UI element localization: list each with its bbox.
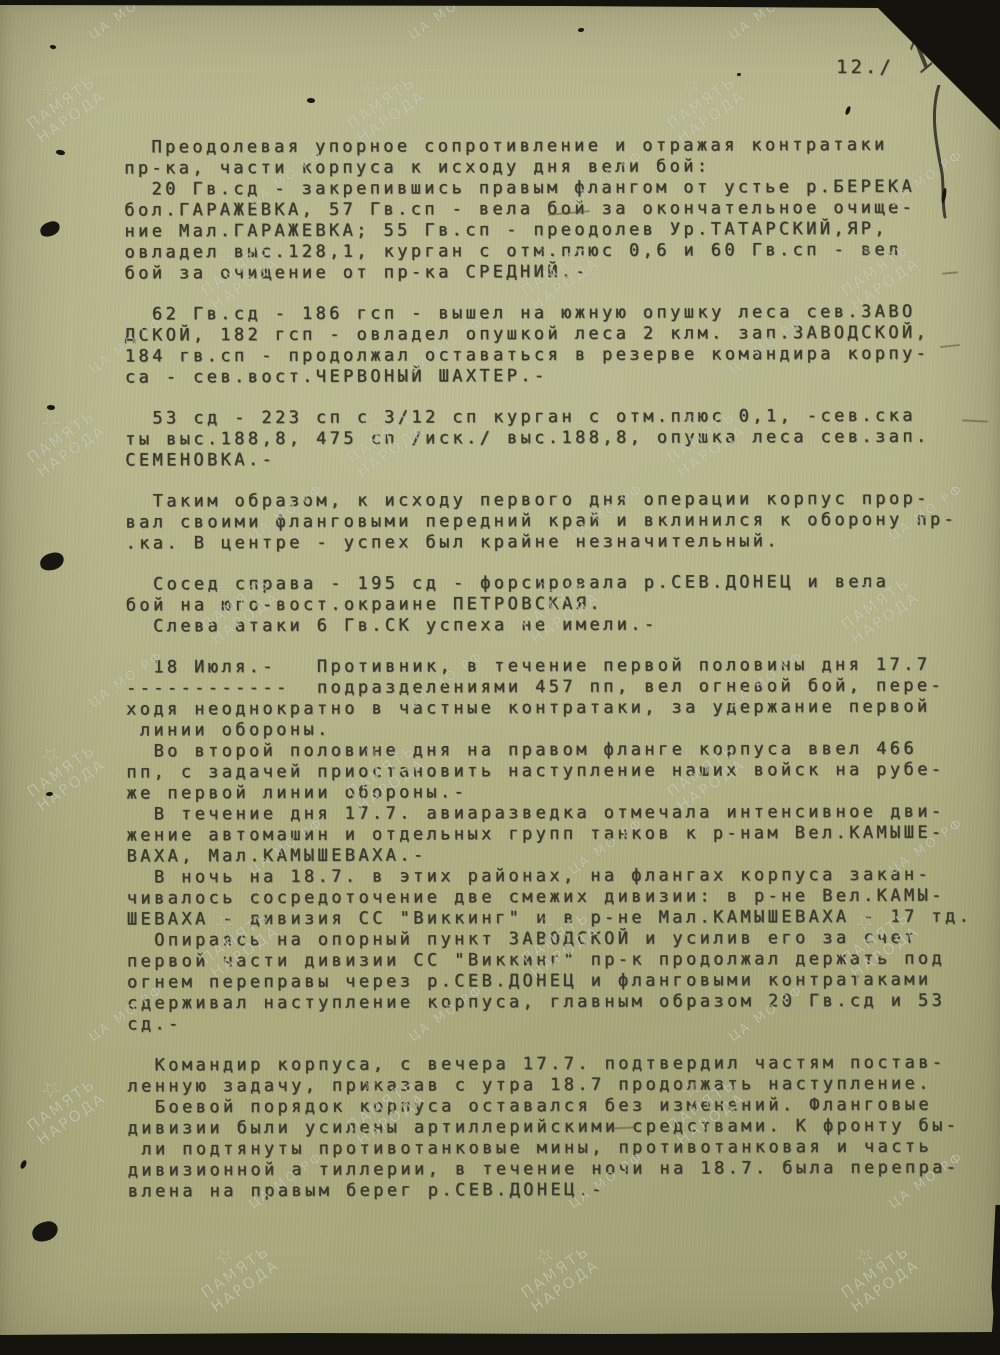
document-line: 184 гв.сп - продолжал оставаться в резер… [125,344,985,368]
paragraph: 62 Гв.сд - 186 гсп - вышел на южную опуш… [125,302,985,389]
paragraph: Сосед справа - 195 сд - форсировала р.СЕ… [126,571,986,637]
document-line: же первой линии обороны.- [126,780,986,804]
document-line: пр-ка, части корпуса к исходу дня вели б… [124,156,984,180]
document-line: сд.- [127,1011,987,1035]
document-line: В течение дня 17.7. авиаразведка отмечал… [126,801,986,825]
document-line: огнем переправы через р.СЕВ.ДОНЕЦ и флан… [127,969,987,993]
document-line: Сосед справа - 195 сд - форсировала р.СЕ… [126,571,986,595]
document-line: В ночь на 18.7. в этих районах, на фланг… [127,864,987,888]
document-line: влена на правым берег р.СЕВ.ДОНЕЦ.- [128,1178,988,1202]
document-line: .ка. В центре - успех был крайне незначи… [126,530,986,554]
paragraph: Командир корпуса, с вечера 17.7. подтвер… [127,1052,988,1202]
document-line: са - сев.вост.ЧЕРВОНЫЙ ШАХТЕР.- [125,365,985,389]
typed-page-number: 12./ [836,56,894,78]
document-line: ты выс.188,8, 475 сп /иск./ выс.188,8, о… [125,427,985,451]
document-line: 62 Гв.сд - 186 гсп - вышел на южную опуш… [125,302,985,326]
document-line: сдерживал наступление корпуса, главным о… [127,990,987,1014]
document-line: 53 сд - 223 сп с 3/12 сп курган с отм.пл… [125,406,985,430]
document-line: Боевой порядок корпуса оставался без изм… [127,1094,987,1118]
document-line: овладел выс.128,1, курган с отм.плюс 0,6… [125,240,985,264]
document-line: ли подтянуты противотанковые мины, проти… [128,1136,988,1160]
document-line: Таким образом, к исходу первого дня опер… [125,489,985,513]
document-line: Командир корпуса, с вечера 17.7. подтвер… [127,1052,987,1076]
document-line: первой части дивизии СС "Виккинг" пр-к п… [127,948,987,972]
document-line: жение автомашин и отдельных групп танков… [127,822,987,846]
document-line: ходя неоднократно в частные контратаки, … [126,696,986,720]
document-line: ДСКОЙ, 182 гсп - овладел опушкой леса 2 … [125,323,985,347]
paragraph: Преодолевая упорное сопротивление и отра… [124,135,985,285]
document-line: 18 Июля.- Противник, в течение первой по… [126,654,986,678]
document-line: бой на юго-вост.окраине ПЕТРОВСКАЯ. [126,592,986,616]
document-line: пп, с задачей приостановить наступление … [126,759,986,783]
document-line: Во второй половине дня на правом фланге … [126,738,986,762]
document-line: СЕМЕНОВКА.- [125,448,985,472]
paragraph: 53 сд - 223 сп с 3/12 сп курган с отм.пл… [125,406,985,472]
document-line: линии обороны. [126,717,986,741]
document-line: ------------ подразделениями 457 пп, вел… [126,675,986,699]
scan-edge-bottom [0,1332,1000,1355]
document-line: бой за очищение от пр-ка СРЕДНИЙ.- [125,261,985,285]
document-line: дивизионной а тиллерии, в течение ночи н… [128,1157,988,1181]
document-line: вал своими фланговыми передний край и вк… [125,509,985,533]
document-line: 20 Гв.сд - закрепившись правым флангом о… [124,177,984,201]
document-line: чивалось сосредоточение две смежих дивиз… [127,885,987,909]
document-line: бол.ГАРАЖЕВКА, 57 Гв.сп - вела бой за ок… [124,198,984,222]
document-line: ШЕВАХА - дивизия СС "Виккинг" и в р-не М… [127,906,987,930]
document-text: Преодолевая упорное сопротивление и отра… [124,135,988,1203]
document-line: ние Мал.ГАРАЖЕВКА; 55 Гв.сп - преодолев … [124,219,984,243]
document-line: дивизии были усилены артиллерийскими сре… [128,1115,988,1139]
paragraph: Таким образом, к исходу первого дня опер… [125,489,985,555]
document-line: Преодолевая упорное сопротивление и отра… [124,135,984,159]
document-line: Опираясь на опорный пункт ЗАВОДСКОЙ и ус… [127,927,987,951]
document-line: Слева атаки 6 Гв.СК успеха не имели.- [126,613,986,637]
document-line: ВАХА, Мал.КАМЫШЕВАХА.- [127,843,987,867]
paragraph: 18 Июля.- Противник, в течение первой по… [126,654,987,1035]
document-line: ленную задачу, приказав с утра 18.7 прод… [127,1073,987,1097]
